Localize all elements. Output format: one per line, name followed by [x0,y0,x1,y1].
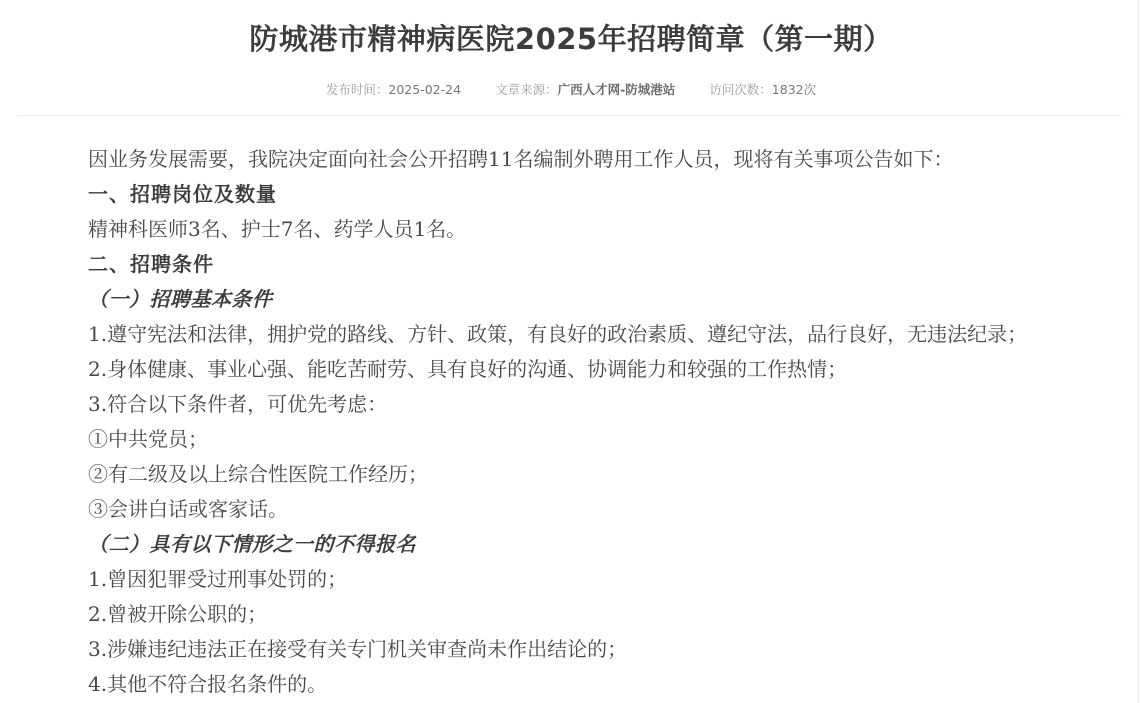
article-source: 文章来源：广西人才网-防城港站 [495,82,675,98]
basic-condition-item-2: 2.身体健康、事业心强、能吃苦耐劳、具有良好的沟通、协调能力和较强的工作热情； [88,356,1052,382]
basic-condition-item-3: 3.符合以下条件者，可优先考虑： [88,391,1052,417]
disqualify-item-2: 2.曾被开除公职的； [88,601,1052,627]
publish-date-value: 2025-02-24 [388,82,461,97]
announcement-page: 防城港市精神病医院2025年招聘简章（第一期） 发布时间：2025-02-24 … [0,0,1142,703]
priority-item-3: ③会讲白话或客家话。 [88,496,1052,522]
intro-paragraph: 因业务发展需要，我院决定面向社会公开招聘11名编制外聘用工作人员，现将有关事项公… [88,146,1052,172]
section-1-heading: 一、招聘岗位及数量 [88,181,1052,207]
disqualify-item-4: 4.其他不符合报名条件的。 [88,671,1052,697]
page-title: 防城港市精神病医院2025年招聘简章（第一期） [0,20,1142,58]
article-header: 防城港市精神病医院2025年招聘简章（第一期） 发布时间：2025-02-24 … [0,0,1142,98]
basic-condition-item-1: 1.遵守宪法和法律，拥护党的路线、方针、政策，有良好的政治素质、遵纪守法，品行良… [88,321,1052,347]
visit-count: 访问次数：1832次 [709,82,816,98]
subsection-2-2-heading: （二）具有以下情形之一的不得报名 [88,531,1052,557]
page-right-edge-line [1138,0,1139,703]
publish-date: 发布时间：2025-02-24 [326,82,461,98]
article-meta-row: 发布时间：2025-02-24 文章来源：广西人才网-防城港站 访问次数：183… [0,82,1142,98]
article-source-label: 文章来源： [495,82,558,97]
disqualify-item-1: 1.曾因犯罪受过刑事处罚的； [88,566,1052,592]
priority-item-2: ②有二级及以上综合性医院工作经历； [88,461,1052,487]
article-body: 因业务发展需要，我院决定面向社会公开招聘11名编制外聘用工作人员，现将有关事项公… [0,116,1142,697]
positions-paragraph: 精神科医师3名、护士7名、药学人员1名。 [88,216,1052,242]
publish-date-label: 发布时间： [326,82,389,97]
visit-count-value: 1832次 [772,82,816,97]
subsection-2-1-heading: （一）招聘基本条件 [88,286,1052,312]
article-source-value: 广西人才网-防城港站 [558,82,676,97]
disqualify-item-3: 3.涉嫌违纪违法正在接受有关专门机关审查尚未作出结论的； [88,636,1052,662]
visit-count-label: 访问次数： [709,82,772,97]
priority-item-1: ①中共党员； [88,426,1052,452]
section-2-heading: 二、招聘条件 [88,251,1052,277]
